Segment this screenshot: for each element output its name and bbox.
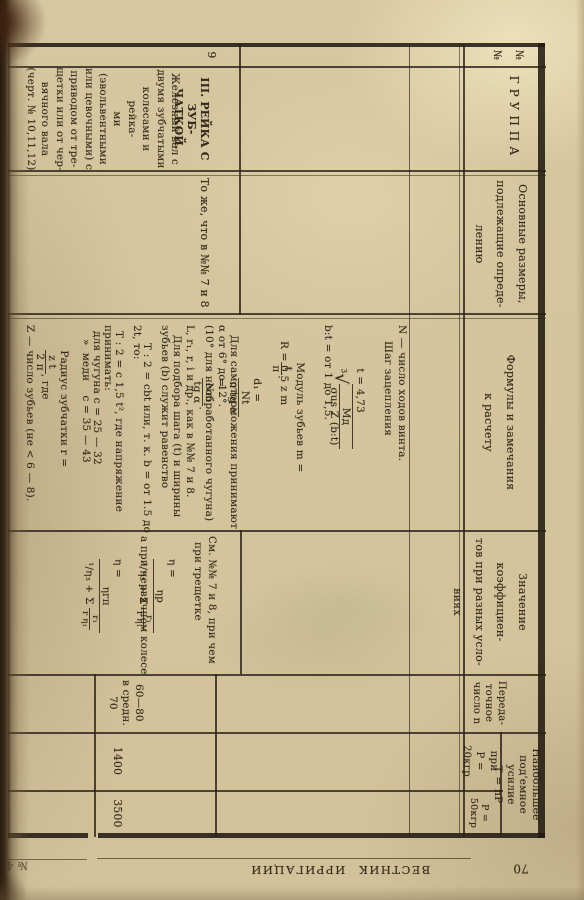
bottom-edge-shadow bbox=[0, 886, 584, 900]
header-force-line2: под'емное усилие bbox=[505, 734, 530, 835]
rule-col-dimensions bbox=[8, 313, 546, 315]
corner-stain-bottom-left bbox=[0, 872, 26, 900]
formula-pitch-numerator: Mд bbox=[339, 384, 351, 448]
formula-line-9: α от 6° до 12°. bbox=[216, 317, 228, 536]
rule-header-bottom bbox=[463, 44, 465, 837]
formula-line-18: для чугуна с = 25 — 32 bbox=[91, 317, 103, 542]
formula-line-15: 2t, то: bbox=[131, 317, 143, 536]
right-edge-shadow bbox=[576, 0, 584, 900]
formula-line-4: b:t = от 1 до 1,5. bbox=[322, 317, 334, 536]
header-dimensions-line1: Основные размеры, bbox=[512, 175, 534, 313]
row9-group-description: Железный вал с двумя зубчатыми колесами … bbox=[24, 67, 182, 171]
eta2-fraction: ηгп¹/η₃ + Σ r₁r η₁ bbox=[80, 559, 112, 633]
header-coefficients-line2: тов при разных усло- bbox=[469, 532, 491, 672]
formula-radius-lead: Радиус зубчатки r = bbox=[58, 350, 70, 467]
eta1-lead: η = bbox=[166, 559, 178, 578]
eta2-denominator: ¹/η₃ + Σ r₁r η₁ bbox=[80, 559, 100, 633]
rotated-table: № № ГРУППА Основные размеры, подлежащие … bbox=[8, 44, 546, 837]
row9-desc-line1: Железный вал с bbox=[168, 67, 182, 171]
formula-line-12: Для подбора шага (t) и ширины bbox=[171, 317, 183, 546]
formula-module-lead: Модуль зубьев m = bbox=[294, 362, 306, 472]
header-dimensions-line2: подлежащие опреде- bbox=[490, 175, 512, 313]
coefficient-worm-label: а при червячном колесе bbox=[138, 532, 150, 676]
rule-row-a bbox=[409, 44, 410, 837]
formula-d1-lead: d₁ = bbox=[251, 378, 263, 402]
eta2-den-pre: ¹/η₃ + Σ bbox=[83, 562, 95, 604]
footer-rule-right bbox=[97, 858, 471, 859]
scanned-document-page: № № ГРУППА Основные размеры, подлежащие … bbox=[0, 0, 584, 900]
header-formulas-line1: Формулы и замечания bbox=[499, 317, 521, 528]
header-no-line2: № bbox=[486, 44, 508, 66]
formula-line-6: R = 0.5 z m bbox=[278, 317, 290, 552]
rule-row-b-left bbox=[240, 44, 242, 315]
header-ratio-line1: Переда- bbox=[495, 676, 508, 730]
ratio-average-value: 70 bbox=[106, 675, 119, 731]
row9-desc-line4: ми (эвольвентными bbox=[96, 67, 125, 171]
header-force20-line1: при bbox=[487, 734, 501, 788]
eta2-numerator: ηгп bbox=[99, 559, 111, 633]
header-no-line1: № bbox=[508, 44, 530, 66]
formula-line-16: T : 2 = c 1,5 t², где напряжение bbox=[113, 317, 125, 542]
header-force20-line2: Р = 20кгр bbox=[460, 734, 487, 788]
formula-pitch-lead: t = 4,73 bbox=[354, 368, 366, 413]
row9-dimensions: То же, что в №№ 7 и 8 bbox=[197, 178, 210, 314]
formula-line-17: принимать: bbox=[102, 317, 114, 536]
issue-number: № 4 bbox=[1, 859, 33, 872]
eta2-lead: η = bbox=[112, 559, 124, 578]
eta-formula-worm: η = ηгп¹/η₃ + Σ r₁r η₁ bbox=[67, 532, 136, 678]
formula-line-21: Z — число зубьев (не < 6 — 8). bbox=[24, 317, 36, 536]
header-cell-coefficients: Значение коэффициен- тов при разных усло… bbox=[447, 532, 533, 672]
header-cell-group: ГРУППА bbox=[507, 66, 521, 170]
header-ratio-line3: число n bbox=[470, 676, 483, 730]
header-coefficients-line3: виях bbox=[447, 532, 469, 672]
formula-line-1: N — число ходов винта. bbox=[396, 317, 408, 536]
row9-number: 9 bbox=[205, 44, 218, 66]
header-cell-dimensions: Основные размеры, подлежащие опреде- лен… bbox=[469, 175, 534, 313]
header-force-line1: Наибольшее bbox=[530, 734, 543, 835]
rule-row-b-values-top bbox=[216, 674, 218, 837]
formula-line-11: L, r₁, r, i и др., как в №№ 7 и 8. bbox=[184, 317, 196, 536]
force-value-20kg: 1400 bbox=[110, 734, 123, 788]
header-cell-force-20: при Р = 20кгр bbox=[460, 734, 501, 788]
eta2-den-fraction: r₁r η₁ bbox=[80, 608, 100, 630]
row9-desc-line2: двумя зубчатыми bbox=[153, 67, 167, 171]
header-dimensions-line3: лению bbox=[469, 175, 491, 313]
header-ratio-line2: точное bbox=[482, 676, 495, 730]
row9-desc-line3: колесами и рейка- bbox=[124, 67, 153, 171]
header-coefficients-line1: Значение коэффициен- bbox=[490, 532, 533, 672]
formula-radius-tail: , где bbox=[39, 374, 51, 400]
row9-ratio-values: 60—80 в средн. 70 bbox=[106, 675, 145, 731]
formula-line-2: Шаг зацепления bbox=[382, 317, 394, 552]
row9-desc-line9: (черт. № 10,11,12) bbox=[24, 67, 38, 171]
eta2-den-frac-den: r η₁ bbox=[80, 608, 89, 630]
force-value-50kg: 3500 bbox=[110, 791, 123, 836]
coefficient-see-note: См. №№ 7 и 8, при чем bbox=[206, 532, 218, 676]
header-cell-ratio: Переда- точное число n bbox=[470, 676, 508, 730]
ratio-average-label: в средн. bbox=[119, 675, 132, 731]
formula-line-10: (10° для необработанного чугуна) bbox=[203, 317, 215, 536]
formula-radius-fraction: z t2 π bbox=[34, 350, 57, 374]
header-cell-formulas: Формулы и замечания к расчету bbox=[477, 317, 521, 528]
rule-col-group-double bbox=[8, 175, 546, 176]
ratio-range: 60—80 bbox=[132, 675, 145, 731]
row9-desc-line8: вячного вала bbox=[38, 67, 52, 171]
header-formulas-line2: к расчету bbox=[477, 317, 499, 528]
header-cell-no: № № bbox=[486, 44, 530, 66]
row9-desc-line6: приводом от тре- bbox=[67, 67, 81, 171]
journal-title: ВЕСТНИК ИРРИГАЦИИ bbox=[225, 862, 455, 876]
row9-desc-line7: щетки или от чер- bbox=[52, 67, 66, 171]
row9-group-title-line1: III. РЕЙКА С ЗУБ- bbox=[185, 67, 211, 171]
rule-force-subsplit bbox=[8, 790, 503, 792]
eta2-den-frac-num: r₁ bbox=[89, 608, 99, 630]
eta1-numerator: ηр bbox=[153, 559, 165, 633]
page-number: 70 bbox=[503, 861, 539, 875]
coefficient-ratchet-label: при трещетке bbox=[192, 532, 204, 682]
formula-radius-numerator: z t bbox=[45, 350, 57, 374]
formula-line-8: Для самоторможения принимают bbox=[228, 317, 240, 546]
rule-row-b-values-bottom bbox=[95, 674, 97, 837]
rule-header-bottom-double bbox=[460, 44, 461, 837]
formula-line-13: зубьев (b) служит равенство bbox=[159, 317, 171, 536]
header-cell-force-50: Р = 50кгр bbox=[467, 791, 490, 835]
row9-desc-line5: или цевочными) с bbox=[81, 67, 95, 171]
